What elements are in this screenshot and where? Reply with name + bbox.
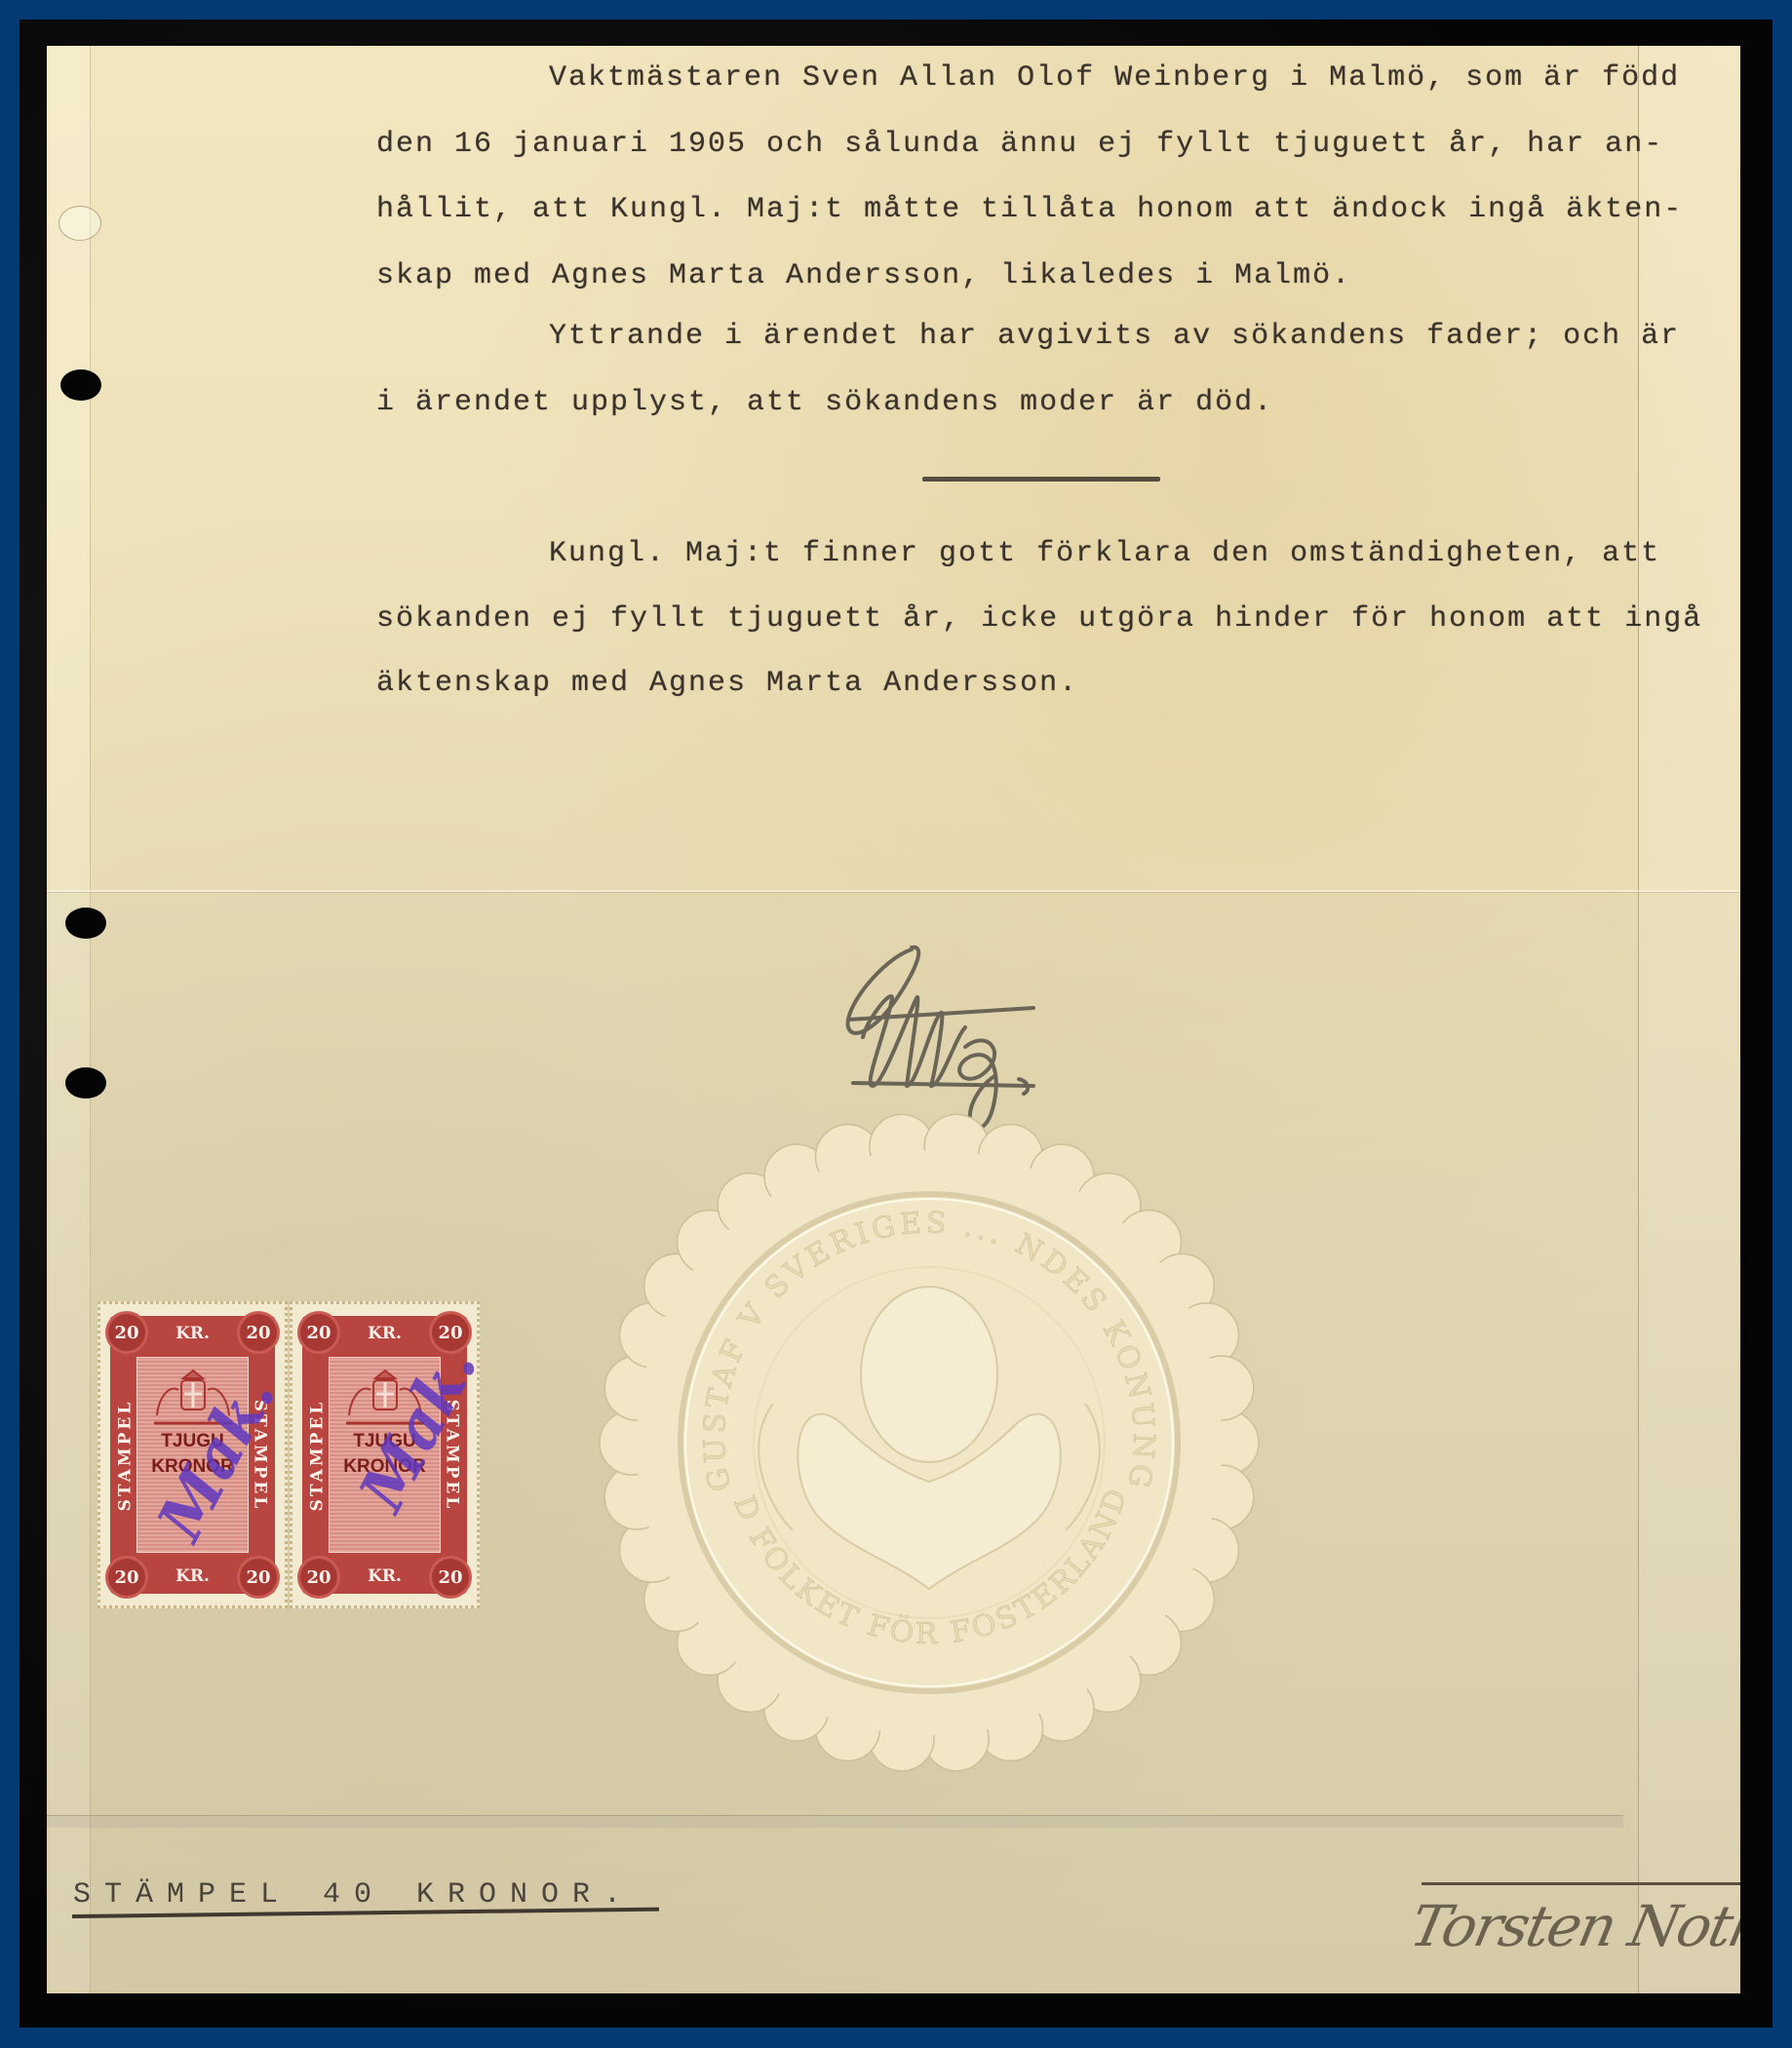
stamp-corner-value: 20 — [240, 1559, 277, 1596]
punch-hole — [65, 908, 106, 939]
stamp-side-label: STAMPEL — [307, 1399, 327, 1511]
section-divider-rule — [922, 477, 1160, 482]
horizontal-fold-line — [47, 890, 1740, 892]
stamp-corner-value: 20 — [108, 1559, 145, 1596]
stamp-side-label: STAMPEL — [115, 1399, 135, 1511]
punch-hole — [60, 369, 101, 401]
stamp-corner-value: 20 — [300, 1559, 337, 1596]
body-text-line: i ärendet upplyst, att sökandens moder ä… — [376, 388, 1273, 417]
revenue-stamp: KR. KR. 20 20 20 20 STAMPEL STAMPEL — [290, 1301, 480, 1608]
countersignature: Torsten Nothin — [1405, 1893, 1740, 1959]
body-text-line: den 16 januari 1905 och sålunda ännu ej … — [376, 130, 1663, 159]
punch-hole-outline — [58, 206, 101, 241]
body-text-line: äktenskap med Agnes Marta Andersson. — [376, 669, 1078, 698]
tape-strip — [47, 1815, 1623, 1828]
embossed-royal-seal: GUSTAF V SVERIGES ... NDES KONUNG MED FO… — [598, 1111, 1261, 1774]
stamp-corner-value: 20 — [432, 1559, 469, 1596]
stamp-duty-text: STÄMPEL 40 KRONOR. — [73, 1878, 635, 1912]
punch-hole — [65, 1067, 106, 1099]
revenue-stamp: KR. KR. 20 20 20 20 STAMPEL STAMPEL — [97, 1301, 288, 1608]
stamp-corner-value: 20 — [300, 1314, 337, 1351]
countersignature-line — [1422, 1882, 1740, 1885]
body-text-line: Kungl. Maj:t finner gott förklara den om… — [549, 539, 1660, 568]
document-page: Vaktmästaren Sven Allan Olof Weinberg i … — [47, 46, 1740, 1993]
revenue-stamps: KR. KR. 20 20 20 20 STAMPEL STAMPEL — [97, 1301, 487, 1613]
body-text-line: hållit, att Kungl. Maj:t måtte tillåta h… — [376, 195, 1683, 224]
stamp-corner-value: 20 — [108, 1314, 145, 1351]
body-text-line: sökanden ej fyllt tjuguett år, icke utgö… — [376, 604, 1702, 634]
body-text-line: Vaktmästaren Sven Allan Olof Weinberg i … — [549, 63, 1680, 93]
body-text-line: skap med Agnes Marta Andersson, likalede… — [376, 261, 1351, 290]
body-text-line: Yttrande i ärendet har avgivits av sökan… — [549, 322, 1680, 351]
stamp-corner-value: 20 — [240, 1314, 277, 1351]
